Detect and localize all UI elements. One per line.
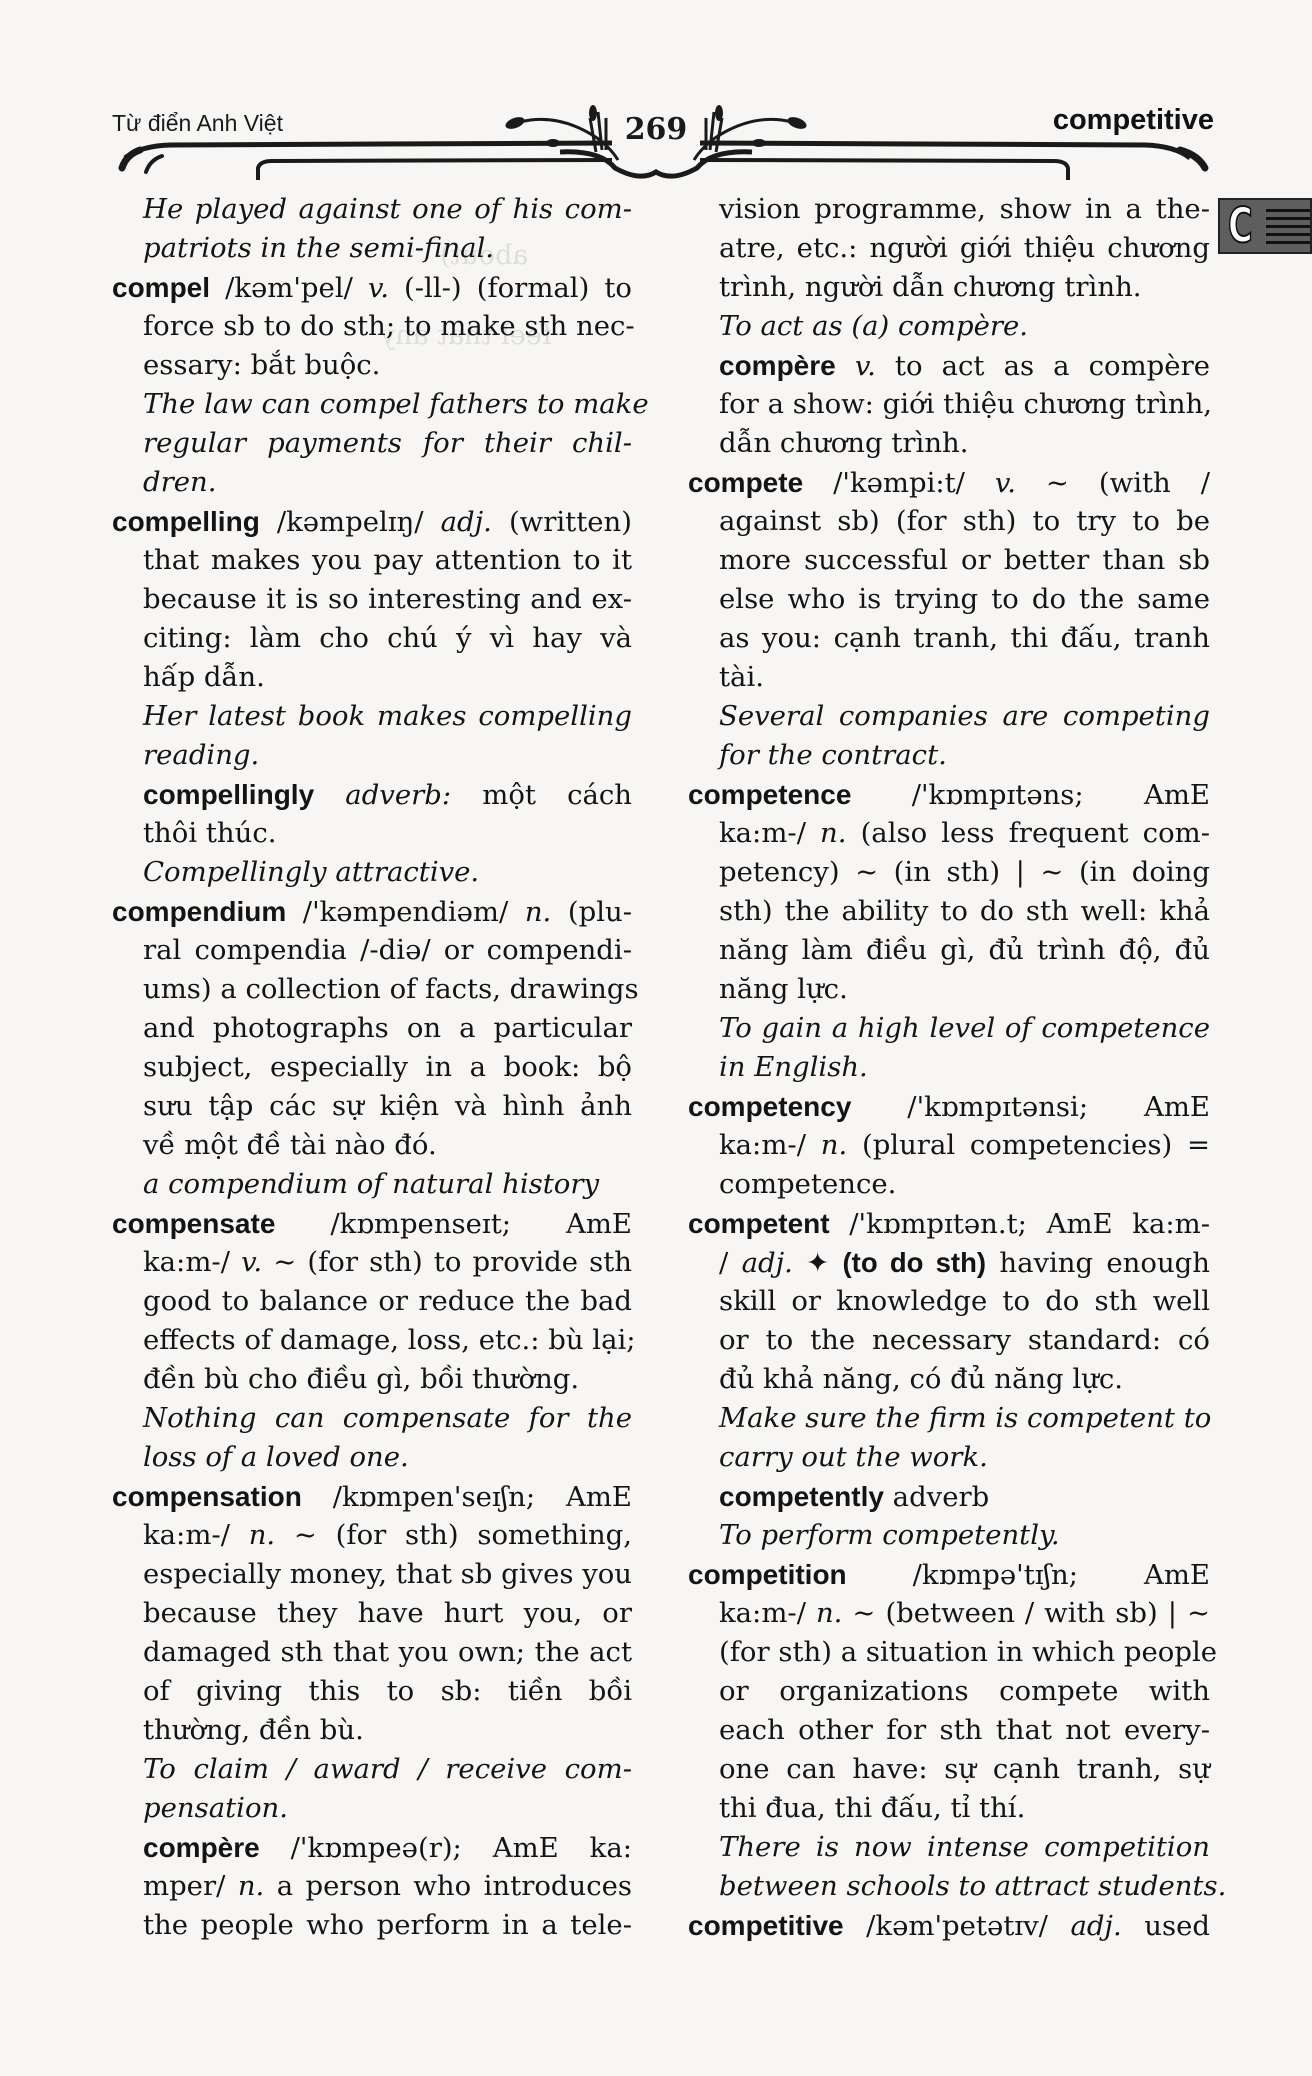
entry-line: or to the necessary standard: có [688,1321,1210,1360]
example-text: n. [249,1519,275,1551]
entry-line: subject, especially in a book: bộ [112,1048,632,1087]
example-text: dren. [143,466,216,498]
definition-text: effects of damage, loss, etc.: bù lại; [143,1324,636,1356]
entry-line: compete /'kəmpi:t/ v. ~ (with / [688,463,1210,502]
definition-text: because they have hurt you, or [143,1597,632,1629]
definition-text: and photographs on a particular [143,1012,632,1044]
definition-text: the people who perform in a tele- [143,1909,632,1941]
definition-text: /kəm'petətɪv/ [844,1910,1071,1942]
entry-line: tài. [688,658,1210,697]
definition-text: /'kəmpi:t/ [803,467,995,499]
entry-line: as you: cạnh tranh, thi đấu, tranh [688,619,1210,658]
example-text: n. [816,1597,842,1629]
definition-text: thôi thúc. [143,817,276,849]
left-column: He played against one of his com-patriot… [112,190,632,1945]
entry-line: compendium /'kəmpendiəm/ n. (plu- [112,892,632,931]
guide-word: competitive [1053,104,1214,137]
entry-line: thường, đền bù. [112,1711,632,1750]
entry-line: Her latest book makes compelling [112,697,632,736]
definition-text: else who is trying to do the same [719,583,1210,615]
example-text: v. [855,350,876,382]
headword: compete [688,467,803,498]
definition-text: sưu tập các sự kiện và hình ảnh [143,1090,632,1122]
entry-line: Several companies are competing [688,697,1210,736]
entry-line: atre, etc.: người giới thiệu chương [688,229,1210,268]
definition-text: ~ (for sth) to provide sth [262,1246,632,1278]
definition-text: to act as a compère [876,350,1210,382]
entry-line: đền bù cho điều gì, bồi thường. [112,1360,632,1399]
entry-line: sưu tập các sự kiện và hình ảnh [112,1087,632,1126]
definition-text: (plural competencies) = [847,1129,1210,1161]
headword: compère [143,1832,260,1863]
headword: compelling [112,506,260,537]
definition-text: good to balance or reduce the bad [143,1285,632,1317]
example-text: adverb: [345,779,451,811]
entry-line: compensation /kɒmpen'seɪʃn; AmE [112,1477,632,1516]
definition-text: for a show: giới thiệu chương trình, [719,388,1212,420]
definition-text: each other for sth that not every- [719,1714,1210,1746]
entry-line: To act as (a) compère. [688,307,1210,346]
entry-line: reading. [112,736,632,775]
example-text: reading. [143,739,259,771]
entry-line: citing: làm cho chú ý vì hay và [112,619,632,658]
definition-text: thường, đền bù. [143,1714,364,1746]
definition-text: vision programme, show in a the- [719,193,1210,225]
definition-text: /kɒmpenseɪt; AmE [275,1208,632,1240]
example-text: To claim / award / receive com- [143,1753,632,1785]
entry-line: năng làm điều gì, đủ trình độ, đủ [688,931,1210,970]
entry-line: Compellingly attractive. [112,853,632,892]
entry-line: pensation. [112,1789,632,1828]
entry-line: competency /'kɒmpɪtənsi; AmE [688,1087,1210,1126]
definition-text: dẫn chương trình. [719,427,969,459]
definition-text: tài. [719,661,764,693]
definition-text: /'kɒmpɪtəns; AmE [851,779,1210,811]
entry-line: compensate /kɒmpenseɪt; AmE [112,1204,632,1243]
definition-text: ~ (with / [1016,467,1210,499]
entry-line: ral compendia /-diə/ or compendi- [112,931,632,970]
entry-line: the people who perform in a tele- [112,1906,632,1945]
entry-line: về một đề tài nào đó. [112,1126,632,1165]
definition-text: đền bù cho điều gì, bồi thường. [143,1363,579,1395]
page-number: 269 [614,112,698,147]
thumb-index-letter: C [1228,200,1248,252]
definition-text: having enough [986,1247,1210,1279]
entry-line: effects of damage, loss, etc.: bù lại; [112,1321,632,1360]
headword: compendium [112,896,286,927]
entry-line: To claim / award / receive com- [112,1750,632,1789]
definition-text: ka:m-/ [719,1597,816,1629]
example-text: To perform competently. [719,1519,1060,1551]
definition-text: adverb [884,1481,989,1513]
example-text: He played against one of his com- [143,193,632,225]
definition-text: competence. [719,1168,896,1200]
definition-text: ~ (between / with sb) | ~ [842,1597,1210,1629]
entry-line: between schools to attract students. [688,1867,1210,1906]
entry-line: ka:m-/ n. (plural competencies) = [688,1126,1210,1165]
entry-line: competition /kɒmpə'tɪʃn; AmE [688,1555,1210,1594]
entry-line: else who is trying to do the same [688,580,1210,619]
example-text: n. [238,1870,264,1902]
entry-line: compère /'kɒmpeə(r); AmE ka: [112,1828,632,1867]
definition-text: thi đua, thi đấu, tỉ thí. [719,1792,1025,1824]
definition-text: /'kɒmpeə(r); AmE ka: [260,1832,632,1864]
entry-line: competently adverb [688,1477,1210,1516]
definition-text: force sb to do sth; to make sth nec- [143,310,635,342]
definition-text: ka:m-/ [719,1129,821,1161]
entry-line: carry out the work. [688,1438,1210,1477]
definition-text: against sb) (for sth) to try to be [719,505,1210,537]
example-text: between schools to attract students. [719,1870,1226,1902]
definition-text: mper/ [143,1870,238,1902]
thumb-index-tab: C [1218,198,1312,254]
entry-line: more successful or better than sb [688,541,1210,580]
definition-text [836,350,855,382]
example-text: v. [995,467,1016,499]
definition-text: / [719,1247,742,1279]
definition-text: /'kɒmpɪtən.t; AmE ka:m- [830,1208,1210,1240]
entry-line: competence /'kɒmpɪtəns; AmE [688,775,1210,814]
entry-line: (for sth) a situation in which people [688,1633,1210,1672]
example-text: v. [368,272,389,304]
entry-line: To perform competently. [688,1516,1210,1555]
example-text: Nothing can compensate for the [143,1402,632,1434]
entry-line: skill or knowledge to do sth well [688,1282,1210,1321]
example-text: n. [525,896,551,928]
entry-line: because they have hurt you, or [112,1594,632,1633]
definition-text: because it is so interesting and ex- [143,583,632,615]
definition-text: /'kəmpendiəm/ [286,896,525,928]
entry-line: essary: bắt buộc. [112,346,632,385]
headword: competition [688,1559,847,1590]
entry-line: thôi thúc. [112,814,632,853]
entry-line: To gain a high level of competence [688,1009,1210,1048]
definition-text: ka:m-/ [719,817,820,849]
headword: compel [112,272,210,303]
example-text: v. [241,1246,262,1278]
thumb-index-lines-icon [1266,209,1310,249]
definition-text: damaged sth that you own; the act [143,1636,632,1668]
definition-text: atre, etc.: người giới thiệu chương [719,232,1210,264]
entry-line: đủ khả năng, có đủ năng lực. [688,1360,1210,1399]
entry-line: and photographs on a particular [112,1009,632,1048]
entry-line: damaged sth that you own; the act [112,1633,632,1672]
entry-line: There is now intense competition [688,1828,1210,1867]
definition-text: trình, người dẫn chương trình. [719,271,1142,303]
entry-line: because it is so interesting and ex- [112,580,632,619]
example-text: loss of a loved one. [143,1441,409,1473]
entry-line: competitive /kəm'petətɪv/ adj. used [688,1906,1210,1945]
entry-line: ka:m-/ v. ~ (for sth) to provide sth [112,1243,632,1282]
headword: compensation [112,1481,302,1512]
entry-line: that makes you pay attention to it [112,541,632,580]
entry-line: compère v. to act as a compère [688,346,1210,385]
definition-text: used [1122,1910,1210,1942]
entry-line: for a show: giới thiệu chương trình, [688,385,1210,424]
entry-line: trình, người dẫn chương trình. [688,268,1210,307]
example-text: pensation. [143,1792,288,1824]
entry-line: / adj. ✦ (to do sth) having enough [688,1243,1210,1282]
example-text: for the contract. [719,739,947,771]
entry-line: good to balance or reduce the bad [112,1282,632,1321]
definition-text [314,779,345,811]
example-text: There is now intense competition [719,1831,1210,1863]
entry-line: thi đua, thi đấu, tỉ thí. [688,1789,1210,1828]
example-text: adj. [441,506,492,538]
definition-text: a person who introduces [264,1870,632,1902]
definition-text: (for sth) a situation in which people [719,1636,1217,1668]
example-text: Several companies are competing [719,700,1210,732]
definition-text: một cách [451,779,632,811]
entry-line: dẫn chương trình. [688,424,1210,463]
example-text: adj. [1070,1910,1121,1942]
headword: compensate [112,1208,275,1239]
definition-text: (written) [492,506,632,538]
definition-text: more successful or better than sb [719,544,1210,576]
definition-text: skill or knowledge to do sth well [719,1285,1210,1317]
entry-line: He played against one of his com- [112,190,632,229]
example-text: Her latest book makes compelling [143,700,632,732]
entry-line: The law can compel fathers to make [112,385,632,424]
example-text: n. [820,817,846,849]
example-text: a compendium of natural history [143,1168,599,1200]
entry-line: one can have: sự cạnh tranh, sự [688,1750,1210,1789]
definition-text: năng lực. [719,973,848,1005]
definition-text: (-ll-) (formal) to [389,272,632,304]
example-text: patriots in the semi-final. [143,232,494,264]
entry-line: each other for sth that not every- [688,1711,1210,1750]
headword: competitive [688,1910,844,1941]
definition-text: /'kɒmpɪtənsi; AmE [851,1091,1210,1123]
example-text: Compellingly attractive. [143,856,479,888]
definition-text: one can have: sự cạnh tranh, sự [719,1753,1210,1785]
definition-text: of giving this to sb: tiền bồi [143,1675,632,1707]
example-text: regular payments for their chil- [143,427,632,459]
definition-text: đủ khả năng, có đủ năng lực. [719,1363,1123,1395]
definition-text: ums) a collection of facts, drawings [143,973,639,1005]
definition-text: as you: cạnh tranh, thi đấu, tranh [719,622,1210,654]
right-column: vision programme, show in a the-atre, et… [688,190,1210,1945]
page-header: Từ điển Anh Việt 269 competitive [0,0,1312,190]
headword: competently [719,1481,884,1512]
headword: compellingly [143,779,314,810]
example-text: in English. [719,1051,868,1083]
entry-line: force sb to do sth; to make sth nec- [112,307,632,346]
entry-line: Nothing can compensate for the [112,1399,632,1438]
definition-text: /kəm'pel/ [210,272,368,304]
definition-text: or to the necessary standard: có [719,1324,1210,1356]
definition-text: về một đề tài nào đó. [143,1129,437,1161]
definition-text: /kɒmpə'tɪʃn; AmE [847,1559,1210,1591]
entry-line: năng lực. [688,970,1210,1009]
entry-line: of giving this to sb: tiền bồi [112,1672,632,1711]
definition-text: subject, especially in a book: bộ [143,1051,632,1083]
definition-text: ka:m-/ [143,1519,249,1551]
entry-line: competence. [688,1165,1210,1204]
definition-text: (also less frequent com- [847,817,1211,849]
example-text: carry out the work. [719,1441,988,1473]
entry-line: mper/ n. a person who introduces [112,1867,632,1906]
definition-text: that makes you pay attention to it [143,544,632,576]
entry-line: regular payments for their chil- [112,424,632,463]
entry-line: compellingly adverb: một cách [112,775,632,814]
definition-text: (plu- [551,896,632,928]
headword: competency [688,1091,851,1122]
entry-line: patriots in the semi-final. [112,229,632,268]
example-text: To act as (a) compère. [719,310,1028,342]
entry-line: vision programme, show in a the- [688,190,1210,229]
headword: competent [688,1208,830,1239]
example-text: adj. [742,1247,793,1279]
definition-text: hấp dẫn. [143,661,265,693]
definition-text: or organizations compete with [719,1675,1210,1707]
headword: competence [688,779,851,810]
entry-line: loss of a loved one. [112,1438,632,1477]
entry-line: Make sure the firm is competent to [688,1399,1210,1438]
entry-line: for the contract. [688,736,1210,775]
entry-line: compelling /kəmpelɪŋ/ adj. (written) [112,502,632,541]
entry-line: competent /'kɒmpɪtən.t; AmE ka:m- [688,1204,1210,1243]
example-text: Make sure the firm is competent to [719,1402,1211,1434]
entry-line: ka:m-/ n. (also less frequent com- [688,814,1210,853]
entry-line: a compendium of natural history [112,1165,632,1204]
entry-line: or organizations compete with [688,1672,1210,1711]
entry-line: ums) a collection of facts, drawings [112,970,632,1009]
definition-text: sth) the ability to do sth well: khả [719,895,1210,927]
definition-text: citing: làm cho chú ý vì hay và [143,622,632,654]
definition-text: ✦ [793,1247,843,1279]
entry-line: sth) the ability to do sth well: khả [688,892,1210,931]
definition-text: /kəmpelɪŋ/ [260,506,441,538]
definition-text: especially money, that sb gives you [143,1558,632,1590]
definition-text: năng làm điều gì, đủ trình độ, đủ [719,934,1210,966]
entry-line: hấp dẫn. [112,658,632,697]
definition-text: essary: bắt buộc. [143,349,380,381]
entry-line: dren. [112,463,632,502]
definition-text: ka:m-/ [143,1246,241,1278]
definition-text: ral compendia /-diə/ or compendi- [143,934,632,966]
entry-line: in English. [688,1048,1210,1087]
entry-line: compel /kəm'pel/ v. (-ll-) (formal) to [112,268,632,307]
example-text: The law can compel fathers to make [143,388,649,420]
definition-text: ~ (for sth) something, [275,1519,632,1551]
example-text: n. [821,1129,847,1161]
entry-line: against sb) (for sth) to try to be [688,502,1210,541]
headword: compère [719,350,836,381]
entry-line: especially money, that sb gives you [112,1555,632,1594]
entry-line: ka:m-/ n. ~ (for sth) something, [112,1516,632,1555]
entry-line: ka:m-/ n. ~ (between / with sb) | ~ [688,1594,1210,1633]
definition-text: /kɒmpen'seɪʃn; AmE [302,1481,632,1513]
bold-text: (to do sth) [843,1247,987,1278]
example-text: To gain a high level of competence [719,1012,1210,1044]
entry-line: petency) ~ (in sth) | ~ (in doing [688,853,1210,892]
definition-text: petency) ~ (in sth) | ~ (in doing [719,856,1210,888]
